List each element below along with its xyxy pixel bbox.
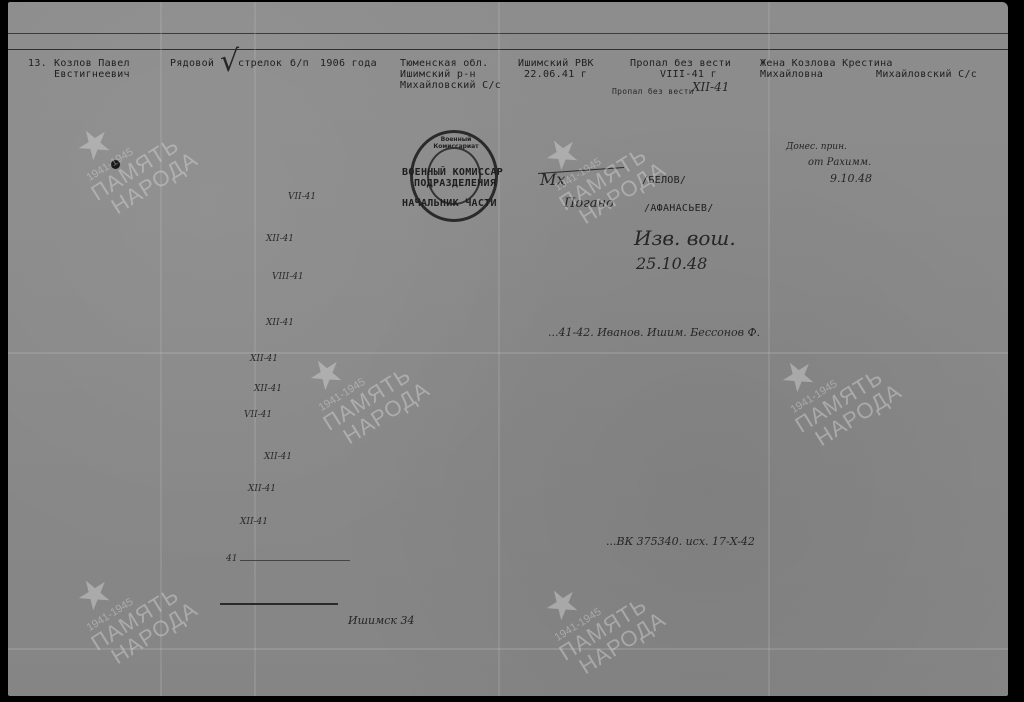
stamp-text: Военный Комиссариат: [421, 136, 491, 150]
record-party: б/п: [290, 58, 309, 69]
annotation-status: Пропал без вести: [612, 86, 694, 97]
fold-line: [498, 2, 500, 696]
corner-note-3: 9.10.48: [830, 172, 872, 185]
signature-2: Погано: [564, 196, 614, 211]
star-icon: ★: [772, 317, 875, 402]
margin-mark: VIII-41: [272, 272, 304, 282]
commissar-title-2: ПОДРАЗДЕЛЕНИЯ: [414, 178, 496, 189]
watermark: ★ 1941-1945 ПАМЯТЬ НАРОДА: [528, 545, 670, 683]
header-rule: [8, 49, 1008, 50]
record-position: стрелок: [238, 58, 282, 69]
notice-line-2: 25.10.48: [636, 254, 707, 273]
strike-line: [220, 603, 338, 605]
margin-mark: XII-41: [264, 452, 292, 462]
archival-document: 13. Козлов Павел Евстигнеевич Рядовой √ …: [8, 2, 1008, 696]
check-mark: √: [220, 44, 239, 79]
star-icon: ★: [68, 535, 171, 620]
record-birthplace-region: Тюменская обл.: [400, 58, 489, 69]
star-icon: ★: [536, 545, 639, 630]
watermark: ★ 1941-1945 ПАМЯТЬ НАРОДА: [60, 85, 202, 223]
commissar-title: ВОЕННЫЙ КОМИССАР: [402, 167, 503, 178]
record-birth-year: 1906 года: [320, 58, 377, 69]
margin-mark: XII-41: [266, 234, 294, 244]
signer-2: /АФАНАСЬЕВ/: [644, 203, 714, 214]
watermark: ★ 1941-1945 ПАМЯТЬ НАРОДА: [292, 315, 434, 453]
star-icon: ★: [300, 315, 403, 400]
corner-note-1: Донес. прин.: [786, 142, 847, 152]
header-rule: [8, 33, 1008, 34]
record-relative: Жена Козлова Крестина: [760, 58, 893, 69]
watermark: ★ 1941-1945 ПАМЯТЬ НАРОДА: [764, 317, 906, 455]
notice-line-1: Изв. вош.: [634, 226, 736, 250]
watermark: ★ 1941-1945 ПАМЯТЬ НАРОДА: [60, 535, 202, 673]
fold-line: [160, 2, 162, 696]
record-name: Козлов Павел: [54, 58, 130, 69]
margin-mark: XII-41: [254, 384, 282, 394]
margin-mark: XII-41: [266, 318, 294, 328]
record-rank: Рядовой: [170, 58, 214, 69]
record-status-date: VIII-41 г: [660, 69, 717, 80]
star-icon: ★: [536, 95, 639, 180]
record-draft-office: Ишимский РВК: [518, 58, 594, 69]
star-icon: ★: [68, 85, 171, 170]
margin-mark: 41: [226, 554, 237, 564]
lower-note: ...ВК 375340. исх. 17-X-42: [606, 535, 755, 548]
record-patronymic: Евстигнеевич: [54, 69, 130, 80]
margin-mark: VII-41: [244, 410, 272, 420]
annotation-date: XII-41: [692, 80, 729, 94]
middle-note: ...41-42. Иванов. Ишим. Бессонов Ф.: [548, 326, 760, 339]
corner-note-2: от Рахимм.: [808, 157, 871, 168]
record-birthplace-district: Ишимский р-н: [400, 69, 476, 80]
record-relative-patronymic: Михайловна: [760, 69, 823, 80]
record-status: Пропал без вести: [630, 58, 731, 69]
margin-mark: XII-41: [250, 354, 278, 364]
record-relative-address: Михайловский С/с: [876, 69, 977, 80]
fold-line: [8, 648, 1008, 650]
ink-blot: [111, 160, 120, 169]
margin-mark: VII-41: [288, 192, 316, 202]
fold-line: [8, 352, 1008, 354]
margin-mark: XII-41: [248, 484, 276, 494]
fold-line: [254, 2, 256, 696]
margin-mark: XII-41: [240, 517, 268, 527]
commander-title: НАЧАЛЬНИК ЧАСТИ: [402, 198, 497, 209]
record-number: 13.: [28, 58, 47, 69]
record-birthplace-village: Михайловский С/с: [400, 80, 501, 91]
signer-1: /БЕЛОВ/: [642, 175, 686, 186]
record-draft-date: 22.06.41 г: [524, 69, 587, 80]
fold-line: [768, 2, 770, 696]
bottom-note: Ишимск 34: [348, 614, 414, 627]
underline: [240, 560, 350, 561]
